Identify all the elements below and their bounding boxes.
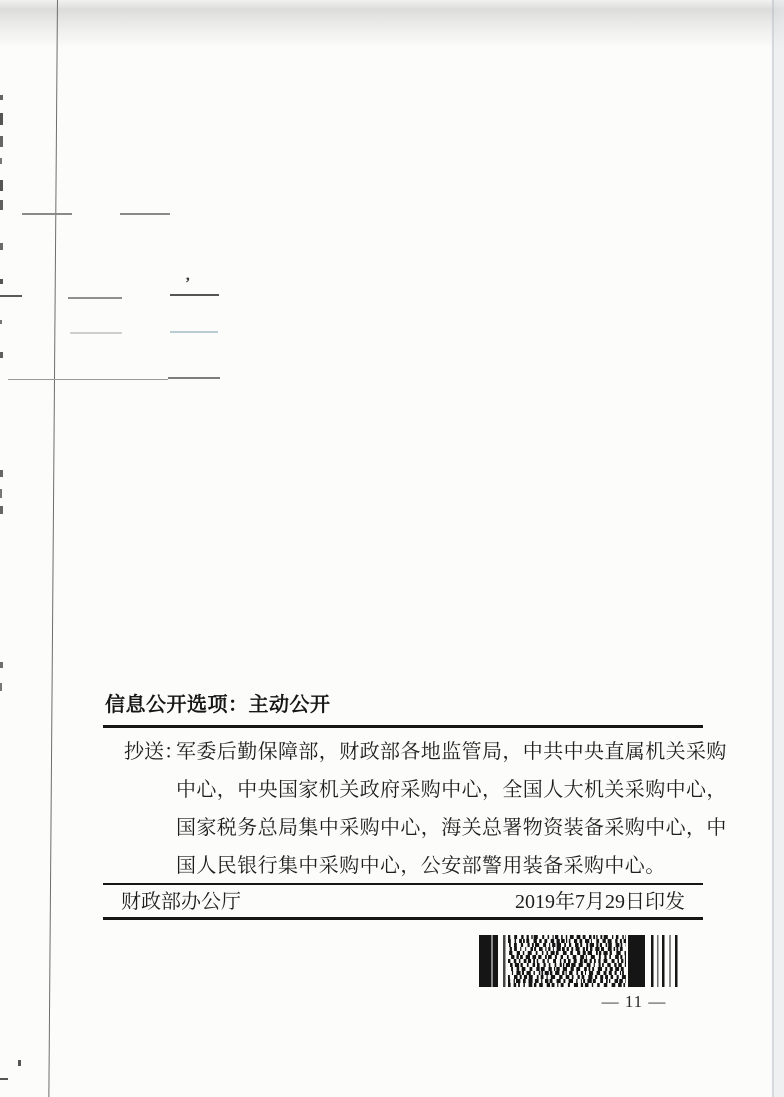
scan-artifact-segment (0, 243, 3, 250)
scan-artifact-segment (0, 113, 3, 125)
page-number: — 11 — (578, 992, 690, 1011)
cc-line: 军委后勤保障部，财政部各地监管局，中共中央直属机关采购 (176, 741, 727, 763)
scan-artifact-segment (0, 136, 3, 147)
disclosure-line: 信息公开选项：主动公开 (105, 694, 331, 716)
barcode-icon (479, 935, 678, 987)
scan-artifact-segment (0, 158, 2, 164)
scan-artifact-segment (0, 470, 3, 477)
divider-rule-top (103, 725, 703, 728)
scan-artifact-segment (0, 320, 2, 324)
scan-artifact-segment (0, 295, 22, 297)
scan-artifact-segment (0, 95, 3, 100)
scan-artifact-segment (168, 377, 220, 379)
divider-rule-bottom (103, 917, 703, 920)
scan-right-edge-line (772, 0, 774, 1097)
scan-artifact-segment (0, 180, 3, 191)
scan-artifact-segment (8, 379, 168, 380)
scan-artifact-segment (0, 279, 3, 284)
scan-artifact-segment (0, 1078, 8, 1080)
scan-artifact-segment (18, 1060, 21, 1066)
scan-artifact-segment (0, 683, 2, 691)
scan-artifact-segment (170, 294, 219, 296)
scan-artifact-segment (68, 297, 122, 299)
stray-ink-mark: ’ (185, 276, 190, 292)
scan-artifact-segment (0, 662, 3, 668)
cc-label: 抄送： (124, 741, 184, 763)
cc-line: 国人民银行集中采购中心，公安部警用装备采购中心。 (176, 855, 666, 877)
scan-artifact-segment (0, 200, 3, 210)
cc-line: 中心，中央国家机关政府采购中心，全国人大机关采购中心， (176, 779, 727, 801)
scan-artifact-segment (22, 213, 72, 215)
cc-line: 国家税务总局集中采购中心，海关总署物资装备采购中心，中 (176, 817, 727, 839)
scan-artifact-segment (0, 352, 3, 358)
scan-vertical-fold-line (48, 0, 58, 1097)
scan-artifact-segment (70, 332, 122, 334)
scan-artifact-segment (170, 331, 218, 333)
scan-top-shadow (0, 0, 784, 48)
scan-artifact-segment (0, 506, 3, 514)
issuer-name: 财政部办公厅 (121, 891, 241, 913)
divider-rule-middle (103, 883, 703, 885)
print-date: 2019年7月29日印发 (515, 891, 685, 913)
scan-artifact-segment (120, 213, 170, 215)
scan-artifact-segment (0, 489, 2, 498)
